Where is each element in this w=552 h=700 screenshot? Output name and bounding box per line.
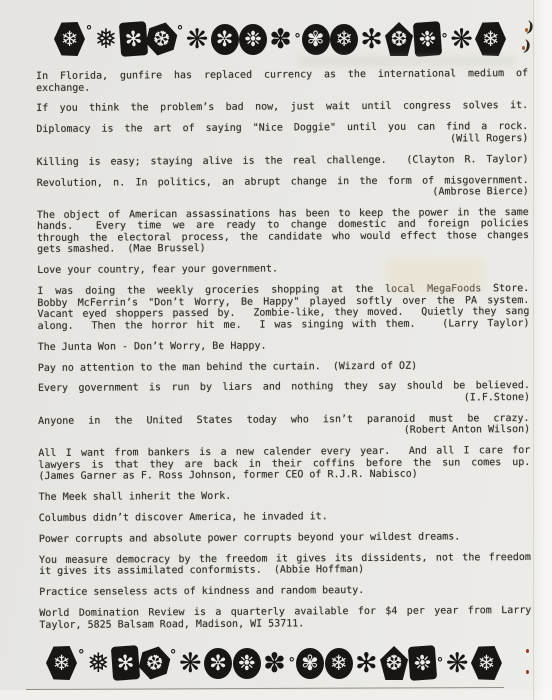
snowflake-stamp-ornament: ❆ [143,19,179,59]
snowflake-icon: ❄ [330,653,348,674]
snowflake-icon: ❅ [87,650,110,677]
snowflake-icon: ° [294,33,301,46]
quote-paragraph: Columbus didn’t discover America, he inv… [39,510,531,525]
snowflake-icon: ❉ [238,653,256,674]
stamp-dot-ornament: ° [294,33,301,46]
quote-line: it gives its assimilated conformists. (A… [39,563,531,578]
quote-paragraph: Pay no attention to the man behind the c… [38,360,530,375]
stamp-dot-ornament: ° [288,657,295,670]
snowflake-icon: ✽ [269,26,292,53]
quote-paragraph: Power corrupts and absolute power corrup… [39,531,531,546]
snowflake-icon: ❆ [143,651,165,676]
quote-paragraph: If you think the problem’s bad now, just… [36,100,528,115]
quote-paragraph: Revolution, n. In politics, an abrupt ch… [37,175,529,201]
snowflake-icon: ❄ [53,653,71,674]
snowflake-icon: ❋ [186,26,209,53]
snowflake-stamp-ornament: ❄ [54,22,85,56]
snowflake-icon: ✻ [116,652,135,674]
quote-paragraph: All I want from bankers is a new calende… [38,445,530,483]
snowflake-stamp-ornament: ❆ [380,646,408,680]
quote-paragraph: Love your country, fear your government. [37,262,529,277]
quote-paragraph: The Meek shall inherit the Work. [39,489,531,504]
snowflake-icon: ° [437,657,444,670]
scan-right-edge-highlight [532,0,552,700]
snowflake-stamp-ornament: ❋ [444,650,470,677]
snowflake-stamp-ornament: ❋ [177,650,203,677]
snowflake-icon: ✼ [209,653,227,674]
quote-paragraph: Killing is easy; staying alive is the re… [37,154,529,169]
snowflake-stamp-ornament: ❄ [330,24,358,55]
scanned-page: ❄°❅✻❆°❋✼❉✽°✾❄✻❆❉°❋❄ In Florida, gunfire … [0,0,552,700]
snowflake-stamp-ornament: ✻ [359,26,385,53]
quote-line: (James Garner as F. Ross Johnson, former… [38,468,530,483]
snowflake-stamp-ornament: ❄ [471,646,502,680]
snowflake-stamp-ornament: ❄ [475,22,506,56]
snowflake-stamp-ornament: ✼ [204,648,232,679]
snowflake-stamp-ornament: ❉ [408,645,437,681]
snowflake-icon: ° [177,25,184,38]
snowflake-icon: ° [441,33,448,46]
snowflake-stamp-ornament: ✻ [353,650,379,677]
quote-paragraph: Practice senseless acts of kindness and … [39,584,531,599]
quote-line: The Meek shall inherit the Work. [39,489,531,504]
quote-line: Pay no attention to the man behind the c… [38,360,530,375]
quote-line: Killing is easy; staying alive is the re… [37,154,529,169]
quote-line: gets smashed. (Mae Brussel) [37,241,529,256]
snowflake-stamp-ornament: ❋ [449,26,475,53]
snowflake-icon: ° [170,649,177,662]
quote-line: Columbus didn’t discover America, he inv… [39,510,531,525]
quote-paragraph: The Junta Won - Don’t Worry, Be Happy. [38,339,530,354]
quote-line: Power corrupts and absolute power corrup… [39,531,531,546]
snowflake-stamp-ornament: ❆ [136,643,172,683]
quote-paragraph: The object of American assassinations ha… [37,207,529,256]
snowflake-stamp-ornament: ❅ [85,650,111,677]
snowflake-icon: ❆ [390,29,408,50]
snowflake-icon: ❆ [150,27,172,52]
snowflake-icon: ✾ [307,29,325,50]
snowflake-stamp-ornament: ✻ [118,21,147,57]
snowflake-icon: ❄ [482,29,500,50]
snowflake-icon: ❄ [478,653,496,674]
snowflake-icon: ° [288,657,295,670]
ink-smudge-dot [525,28,528,32]
quote-line: Love your country, fear your government. [37,262,529,277]
snowflake-stamp-ornament: ✽ [261,650,287,677]
snowflake-icon: ✼ [216,29,234,50]
snowflake-icon: ° [86,25,93,38]
quote-paragraph: You measure democracy by the freedom it … [39,552,531,578]
top-snowflake-border: ❄°❅✻❆°❋✼❉✽°✾❄✻❆❉°❋❄ [54,16,506,62]
snowflake-stamp-ornament: ✾ [296,648,324,679]
quote-paragraph: I was doing the weekly groceries shoppin… [37,283,529,332]
red-speck [526,649,529,653]
snowflake-icon: ❉ [413,652,432,674]
bottom-snowflake-border: ❄°❅✻❆°❋✼❉✽°✾❄✻❆❉°❋❄ [46,640,502,686]
snowflake-icon: ✻ [123,28,142,50]
snowflake-icon: ❋ [179,650,202,677]
quote-paragraph: In Florida, gunfire has replaced currenc… [36,68,528,94]
quote-line: If you think the problem’s bad now, just… [36,100,528,115]
snowflake-icon: ✻ [360,26,383,53]
quote-line: The Junta Won - Don’t Worry, Be Happy. [38,339,530,354]
snowflake-icon: ✻ [355,650,378,677]
snowflake-stamp-ornament: ❄ [46,646,77,680]
snowflake-stamp-ornament: ❉ [412,21,441,57]
snowflake-icon: ❆ [385,653,403,674]
quote-paragraph: Diplomacy is the art of saying "Nice Dog… [36,121,528,147]
snowflake-icon: ✽ [263,650,286,677]
snowflake-icon: ❋ [446,650,469,677]
scan-bottom-strip [0,690,552,700]
quote-paragraph: Every government is run by liars and not… [38,380,530,406]
snowflake-icon: ❅ [95,26,118,53]
quote-line: Practice senseless acts of kindness and … [39,584,531,599]
snowflake-icon: ❉ [244,29,262,50]
snowflake-stamp-ornament: ✾ [302,24,330,55]
snowflake-icon: ° [78,649,85,662]
red-speck [526,670,529,674]
quote-paragraph: Anyone in the United States today who is… [38,413,530,439]
snowflake-icon: ❉ [417,28,436,50]
ink-smudge-dot [522,46,525,50]
snowflake-icon: ❄ [335,29,353,50]
quote-line: along. Then the horror hit me. I was sin… [38,318,530,333]
snowflake-icon: ❄ [61,29,79,50]
stamp-dot-ornament: ° [437,657,444,670]
snowflake-icon: ❋ [450,26,473,53]
snowflake-stamp-ornament: ✼ [211,24,239,55]
snowflake-stamp-ornament: ✽ [268,26,294,53]
snowflake-stamp-ornament: ❅ [93,26,119,53]
quote-line: Taylor, 5825 Balsam Road, Madison, WI 53… [39,617,531,632]
snowflake-icon: ✾ [301,653,319,674]
quotes-body: In Florida, gunfire has replaced currenc… [36,68,531,640]
snowflake-stamp-ornament: ❉ [233,648,261,679]
snowflake-stamp-ornament: ❆ [385,22,413,56]
snowflake-stamp-ornament: ❉ [239,24,267,55]
snowflake-stamp-ornament: ✻ [111,645,140,681]
snowflake-stamp-ornament: ❋ [184,26,210,53]
quote-paragraph: World Domination Review is a quarterly a… [39,605,531,631]
snowflake-stamp-ornament: ❄ [325,648,353,679]
stamp-dot-ornament: ° [441,33,448,46]
